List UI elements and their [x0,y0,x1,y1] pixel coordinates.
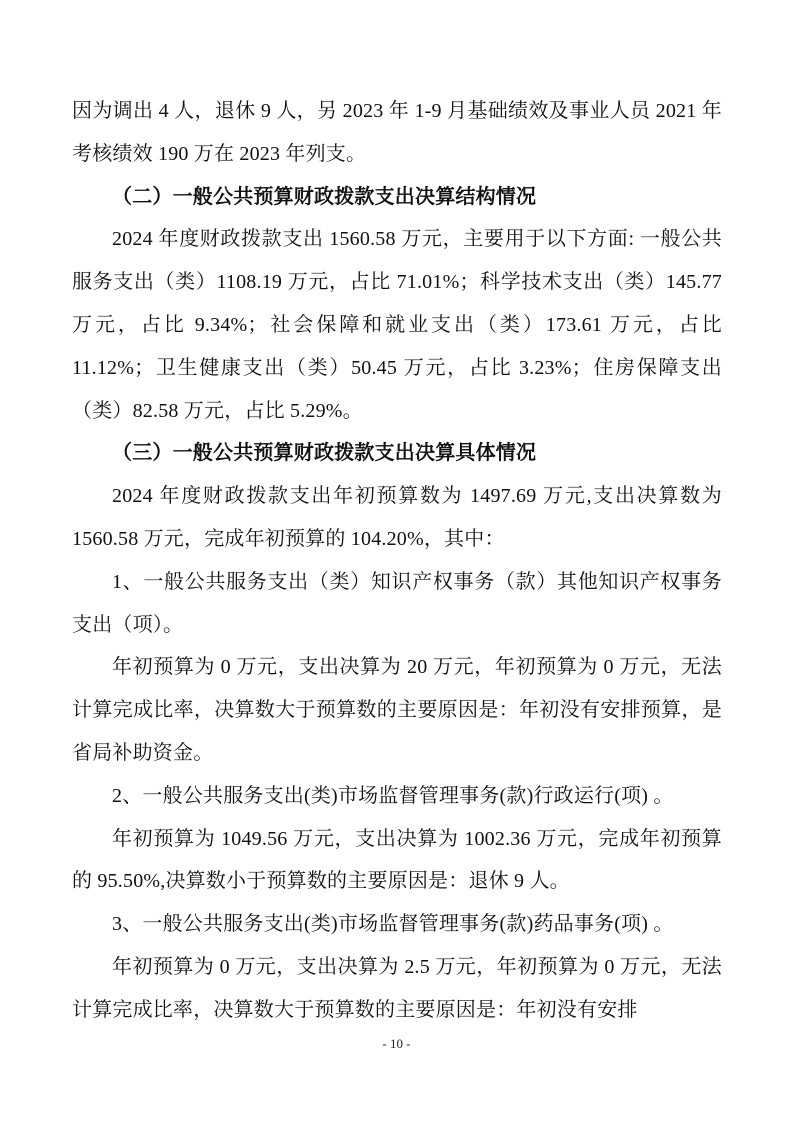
body-paragraph: 因为调出 4 人，退休 9 人，另 2023 年 1-9 月基础绩效及事业人员 … [72,90,722,176]
body-paragraph: 1、一般公共服务支出（类）知识产权事务（款）其他知识产权事务支出（项）。 [72,561,722,647]
body-paragraph: 2024 年度财政拨款支出 1560.58 万元，主要用于以下方面: 一般公共服… [72,218,722,432]
body-paragraph: 2024 年度财政拨款支出年初预算数为 1497.69 万元,支出决算数为 15… [72,475,722,561]
body-paragraph: 年初预算为 0 万元，支出决算为 2.5 万元，年初预算为 0 万元，无法计算完… [72,946,722,1032]
page-number: - 10 - [0,1036,793,1052]
document-page: 因为调出 4 人，退休 9 人，另 2023 年 1-9 月基础绩效及事业人员 … [0,0,793,1122]
document-body: 因为调出 4 人，退休 9 人，另 2023 年 1-9 月基础绩效及事业人员 … [72,90,722,1032]
body-paragraph: 年初预算为 0 万元，支出决算为 20 万元，年初预算为 0 万元，无法计算完成… [72,646,722,774]
section-heading: （二）一般公共预算财政拨款支出决算结构情况 [72,176,722,219]
body-paragraph: 3、一般公共服务支出(类)市场监督管理事务(款)药品事务(项) 。 [72,903,722,946]
body-paragraph: 2、一般公共服务支出(类)市场监督管理事务(款)行政运行(项) 。 [72,775,722,818]
section-heading: （三）一般公共预算财政拨款支出决算具体情况 [72,432,722,475]
body-paragraph: 年初预算为 1049.56 万元，支出决算为 1002.36 万元，完成年初预算… [72,818,722,904]
